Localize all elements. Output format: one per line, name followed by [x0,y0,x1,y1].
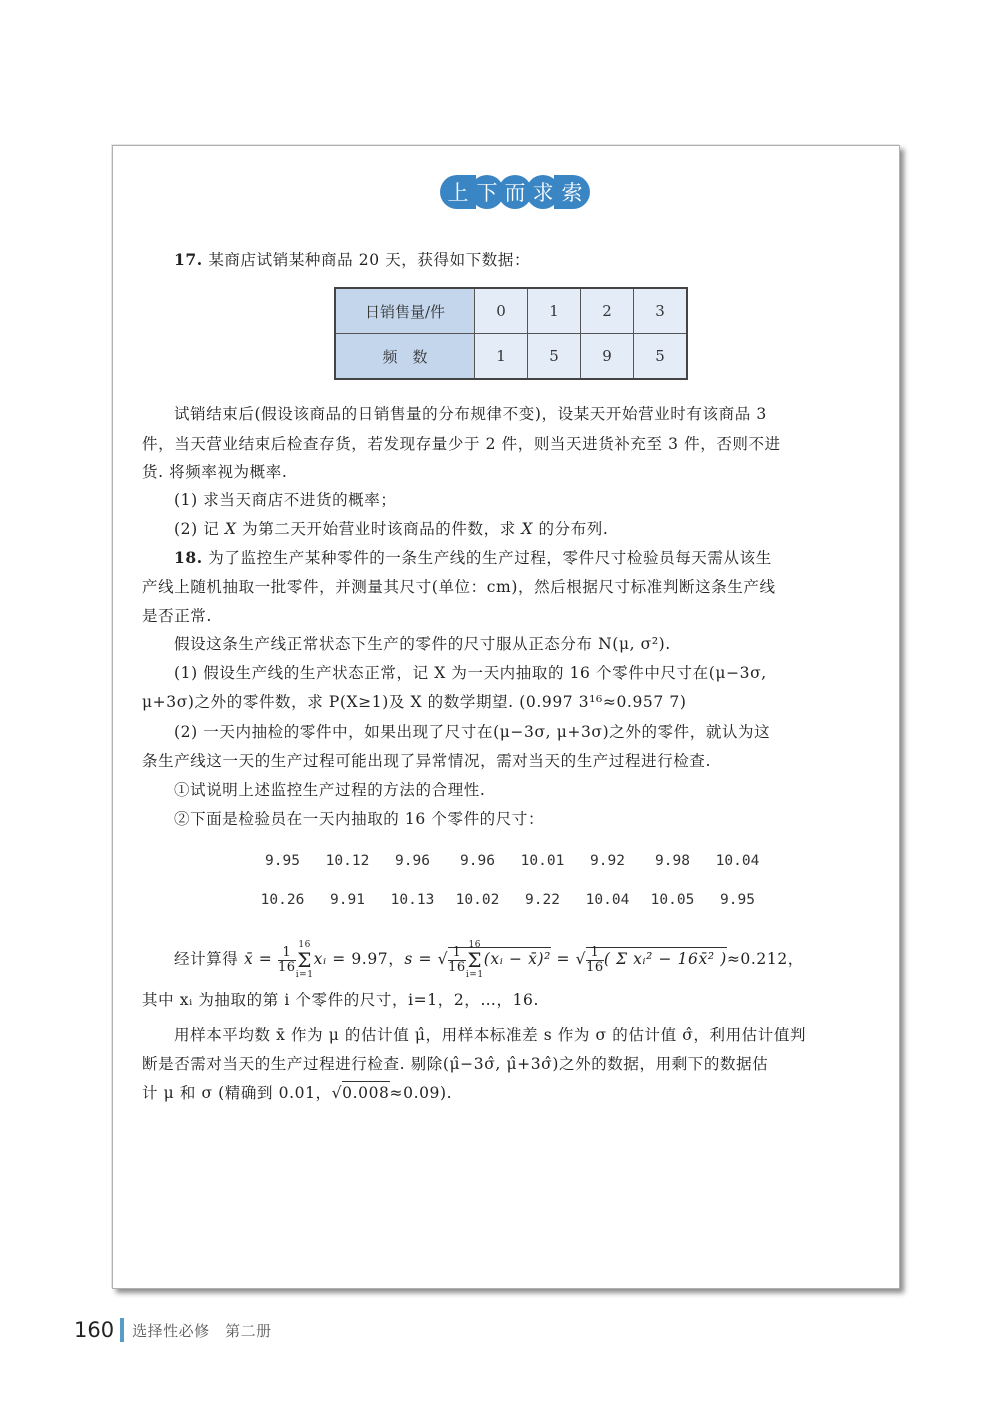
measurement: 9.95 [250,853,315,869]
table-cell: 3 [634,288,688,334]
measurement: 9.91 [315,892,380,908]
mean-value: = 9.97， [327,950,405,968]
mean-symbol: x̄ [244,950,253,968]
sales-table: 日销售量/件 0 1 2 3 频 数 1 5 9 5 [334,287,688,380]
table-cell: 5 [634,334,688,380]
measurement: 10.01 [510,853,575,869]
sub-question-1: ①试说明上述监控生产过程的方法的合理性. [142,780,904,800]
final-paragraph-line: 计 μ 和 σ (精确到 0.01，√0.008≈0.09). [142,1083,872,1103]
part-2-line: (2) 一天内抽检的零件中，如果出现了尺寸在(μ−3σ, μ+3σ)之外的零件，… [142,722,904,742]
measurements-row-2: 10.26 9.91 10.13 10.02 9.22 10.04 10.05 … [250,892,770,908]
problem-18-intro: 18. 为了监控生产某种零件的一条生产线的生产过程，零件尺寸检验员每天需从该生 [142,548,904,568]
question-1: (1) 求当天商店不进货的概率； [142,490,904,510]
text: (2) 记 [174,520,225,538]
sqrt-icon: √ [438,950,448,968]
measurement: 9.22 [510,892,575,908]
section-banner: 上 下 而 求 索 [440,172,584,212]
sigma-icon: Σ [296,950,314,970]
paragraph-line: 件，当天营业结束后检查存货，若发现存量少于 2 件，则当天进货补充至 3 件，否… [142,434,872,454]
page-footer: 160 选择性必修 第二册 [74,1318,272,1342]
measurement: 9.95 [705,892,770,908]
measurements-row-1: 9.95 10.12 9.96 9.96 10.01 9.92 9.98 10.… [250,853,770,869]
numerator: 1 [448,946,466,961]
result: ≈0.212， [727,950,804,968]
measurement: 9.96 [380,853,445,869]
paragraph-line: 试销结束后(假设该商品的日销售量的分布规律不变)，设某天开始营业时有该商品 3 [142,404,904,424]
part-1-line: μ+3σ)之外的零件数，求 P(X≥1)及 X 的数学期望. (0.997 3¹… [142,692,872,712]
book-title: 选择性必修 第二册 [132,1320,272,1341]
fraction: 116 [448,946,466,975]
table-cell: 1 [475,334,528,380]
table-cell: 0 [475,288,528,334]
variable: X [225,520,237,538]
problem-number: 17. [174,250,203,269]
where-line: 其中 xᵢ 为抽取的第 i 个零件的尺寸，i=1，2，…，16. [142,990,872,1010]
denominator: 16 [586,960,604,975]
row-header: 日销售量/件 [335,288,475,334]
term: ( Σ xᵢ² − 16x̄² ) [604,950,727,968]
measurement: 10.05 [640,892,705,908]
summation: 16Σi=1 [296,940,314,980]
table-cell: 5 [528,334,581,380]
sqrt-icon: √ [576,950,586,968]
part-1-line: (1) 假设生产线的生产状态正常，记 X 为一天内抽取的 16 个零件中尺寸在(… [142,663,904,683]
sqrt-icon: √ [332,1084,342,1102]
sum-lower: i=1 [466,970,484,980]
table-cell: 2 [581,288,634,334]
final-paragraph-line: 用样本平均数 x̄ 作为 μ 的估计值 μ̂，用样本标准差 s 作为 σ 的估计… [142,1025,904,1045]
text: = [253,950,278,968]
paragraph-line: 货. 将频率视为概率. [142,462,872,482]
term: (xᵢ − x̄)² [484,950,551,968]
text: 计 μ 和 σ (精确到 0.01， [142,1084,332,1102]
paragraph-line: 是否正常. [142,606,872,626]
final-paragraph-line: 断是否需对当天的生产过程进行检查. 剔除(μ̂−3σ̂, μ̂+3σ̂)之外的数… [142,1054,872,1074]
footer-divider [120,1318,124,1342]
numerator: 1 [586,946,604,961]
paragraph-line: 产线上随机抽取一批零件，并测量其尺寸(单位：cm)，然后根据尺寸标准判断这条生产… [142,577,872,597]
banner-char: 索 [554,175,590,209]
text: 经计算得 [174,950,244,968]
row-header: 频 数 [335,334,475,380]
table-row: 频 数 1 5 9 5 [335,334,687,380]
measurement: 10.04 [575,892,640,908]
measurement: 10.02 [445,892,510,908]
sum-lower: i=1 [296,970,314,980]
measurement: 10.12 [315,853,380,869]
measurement: 10.13 [380,892,445,908]
fraction: 116 [586,946,604,975]
denominator: 16 [448,960,466,975]
problem-17-intro: 17. 某商店试销某种商品 20 天，获得如下数据： [142,250,904,270]
radicand: 116( Σ xᵢ² − 16x̄² ) [586,947,727,968]
sub-question-2: ②下面是检验员在一天内抽取的 16 个零件的尺寸： [142,809,904,829]
sigma-icon: Σ [466,950,484,970]
variable: s [404,950,413,968]
page-number: 160 [74,1318,114,1342]
text: ≈0.09). [390,1084,453,1102]
fraction: 116 [278,946,296,975]
table-row: 日销售量/件 0 1 2 3 [335,288,687,334]
variable: xᵢ [314,950,327,968]
text: 为第二天开始营业时该商品的件数，求 [237,520,522,538]
table-cell: 1 [528,288,581,334]
variable: X [521,520,533,538]
numerator: 1 [278,946,296,961]
measurement: 9.96 [445,853,510,869]
measurement: 10.26 [250,892,315,908]
question-2: (2) 记 X 为第二天开始营业时该商品的件数，求 X 的分布列. [142,519,904,539]
radicand: 11616Σi=1(xᵢ − x̄)² [448,947,551,968]
text: 的分布列. [533,520,608,538]
problem-text: 某商店试销某种商品 20 天，获得如下数据： [208,251,530,269]
table-cell: 9 [581,334,634,380]
problem-number: 18. [174,548,203,567]
measurement: 9.98 [640,853,705,869]
problem-text: 为了监控生产某种零件的一条生产线的生产过程，零件尺寸检验员每天需从该生 [203,549,772,567]
paragraph-line: 假设这条生产线正常状态下生产的零件的尺寸服从正态分布 N(μ, σ²). [142,634,904,654]
measurement: 10.04 [705,853,770,869]
part-2-line: 条生产线这一天的生产过程可能出现了异常情况，需对当天的生产过程进行检查. [142,751,872,771]
statistics-formula: 经计算得 x̄ = 11616Σi=1xᵢ = 9.97，s = √11616Σ… [142,940,904,984]
measurement: 9.92 [575,853,640,869]
summation: 16Σi=1 [466,940,484,980]
radicand: 0.008 [342,1081,389,1102]
denominator: 16 [278,960,296,975]
